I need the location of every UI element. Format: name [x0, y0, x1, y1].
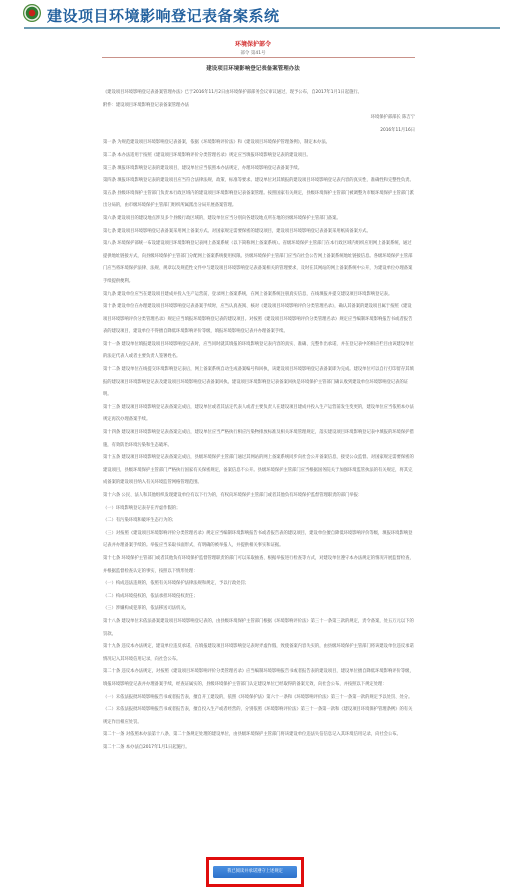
- article-paragraph: 第一条 为规范建设项目环境影响登记表备案，依据《环境影响评价法》和《建设项目环境…: [103, 137, 415, 150]
- order-number: 部令 第41号: [0, 50, 506, 56]
- article-paragraph: 第八条 环境保护部统一布设建设项目环境影响登记表网上备案系统（以下简称网上备案系…: [103, 238, 415, 288]
- article-paragraph: （三）涉嫌构成犯罪的，依法移送司法机关。: [103, 603, 415, 616]
- article-paragraph: （三）对按照《建设项目环境影响评价分类管理名录》规定应当编制环境影响报告书或者报…: [103, 528, 415, 553]
- article-paragraph: 第十三条 建设项目环境影响登记表备案完成后，建设单位或者其法定代表人或者主要负责…: [103, 402, 415, 427]
- article-paragraph: 第十一条 建设单位填报建设项目环境影响登记表时，应当同时就其填报的环境影响登记表…: [103, 339, 415, 364]
- article-paragraph: 第十条 建设单位在办理建设项目环境影响登记表备案手续时，应当认真查阅、核对《建设…: [103, 301, 415, 339]
- red-divider: [102, 57, 415, 58]
- article-paragraph: （一）构成违法违规的，依照有关环境保护法律法规和规定，予以行政处罚；: [103, 578, 415, 591]
- article-paragraph: 第二十一条 对依照本办法第十八条、第二十条规定处理的建设单位，由县级环境保护主管…: [103, 729, 415, 742]
- article-paragraph: 第九条 建设单位应当在建设项目建成并投入生产运营前，登录网上备案系统，在网上备案…: [103, 289, 415, 302]
- system-title: 建设项目环境影响登记表备案系统: [47, 5, 280, 26]
- article-paragraph: 第七条 建设项目环境影响登记表备案采用网上备案方式。对国家规定需要保密的建设项目…: [103, 226, 415, 239]
- article-paragraph: 第三条 填报环境影响登记表的建设项目，建设单位应当依照本办法规定，办理环境影响登…: [103, 163, 415, 176]
- article-paragraph: 第十七条 环境保护主管部门或者其他负有环境保护监督管理职责的部门可以采取抽查、根…: [103, 553, 415, 578]
- attachment-line: 附件：建设项目环境影响登记表备案管理办法: [103, 100, 415, 113]
- article-paragraph: （二）构成环境侵权的，依法承担环境侵权责任；: [103, 591, 415, 604]
- article-paragraph: 第十五条 建设项目环境影响登记表备案完成后，县级环境保护主管部门通过其网站的网上…: [103, 452, 415, 490]
- app-header: 建设项目环境影响登记表备案系统: [0, 0, 506, 30]
- document-title: 建设项目环境影响登记表备案管理办法: [0, 64, 506, 72]
- article-paragraph: （一）环境影响登记表存在弄虚作假的；: [103, 503, 415, 516]
- signature-date: 2016年11月16日: [103, 125, 415, 138]
- article-paragraph: 第六条 建设项目的建设地点涉及多个县级行政区域的，建设单位应当分别向各建设地点所…: [103, 213, 415, 226]
- article-paragraph: 第十四条 建设项目环境影响登记表备案完成后，建设单位应当严格执行相应污染物排放标…: [103, 427, 415, 452]
- header-divider: [24, 27, 500, 29]
- article-paragraph: 第五条 县级环境保护主管部门负责本行政区域内的建设项目环境影响登记表备案管理。按…: [103, 188, 415, 213]
- article-paragraph: （二）未依法报批环境影响报告书或者报告表，擅自投入生产或者经营的，分别依照《环境…: [103, 704, 415, 729]
- intro-paragraph: 《建设项目环境影响登记表备案管理办法》已于2016年11月2日由环境保护部部务会…: [103, 87, 415, 100]
- article-paragraph: 第十二条 建设单位在线提交环境影响登记表后，网上备案系统自动生成备案编号和回执，…: [103, 364, 415, 402]
- article-paragraph: 第二十二条 本办法自2017年1月1日起施行。: [103, 742, 415, 755]
- article-paragraph: 第十九条 违反本办法规定，建设单位违反承诺，在填报建设项目环境影响登记表时弄虚作…: [103, 641, 415, 666]
- article-paragraph: （一）未依法报批环境影响报告书或者报告表，擅自开工建设的，依照《环境保护法》第六…: [103, 692, 415, 705]
- article-paragraph: （二）有污染环境和破坏生态行为的；: [103, 515, 415, 528]
- article-paragraph: 第二十条 违反本办法规定，对按照《建设项目环境影响评价分类管理名录》应当编制环境…: [103, 666, 415, 691]
- signature: 环境保护部部长 陈吉宁: [103, 112, 415, 125]
- confirm-read-button[interactable]: 我已阅读并承诺遵守上述规定: [213, 866, 297, 878]
- issuer-title: 环境保护部令: [0, 39, 506, 48]
- article-paragraph: 第十八条 建设单位未依法备案建设项目环境影响登记表的，由县级环境保护主管部门根据…: [103, 616, 415, 641]
- document-body: 《建设项目环境影响登记表备案管理办法》已于2016年11月2日由环境保护部部务会…: [103, 87, 415, 754]
- articles-list: 第一条 为规范建设项目环境影响登记表备案，依据《环境影响评价法》和《建设项目环境…: [103, 137, 415, 754]
- article-paragraph: 第二条 本办法适用于按照《建设项目环境影响评价分类管理名录》规定应当填报环境影响…: [103, 150, 415, 163]
- article-paragraph: 第四条 填报环境影响登记表的建设项目应当符合法律法规、政策、标准等要求。建设单位…: [103, 175, 415, 188]
- emblem-logo-icon: [23, 4, 41, 22]
- article-paragraph: 第十六条 公民、法人和其他组织发现建设单位有以下行为的，有权向环境保护主管部门或…: [103, 490, 415, 503]
